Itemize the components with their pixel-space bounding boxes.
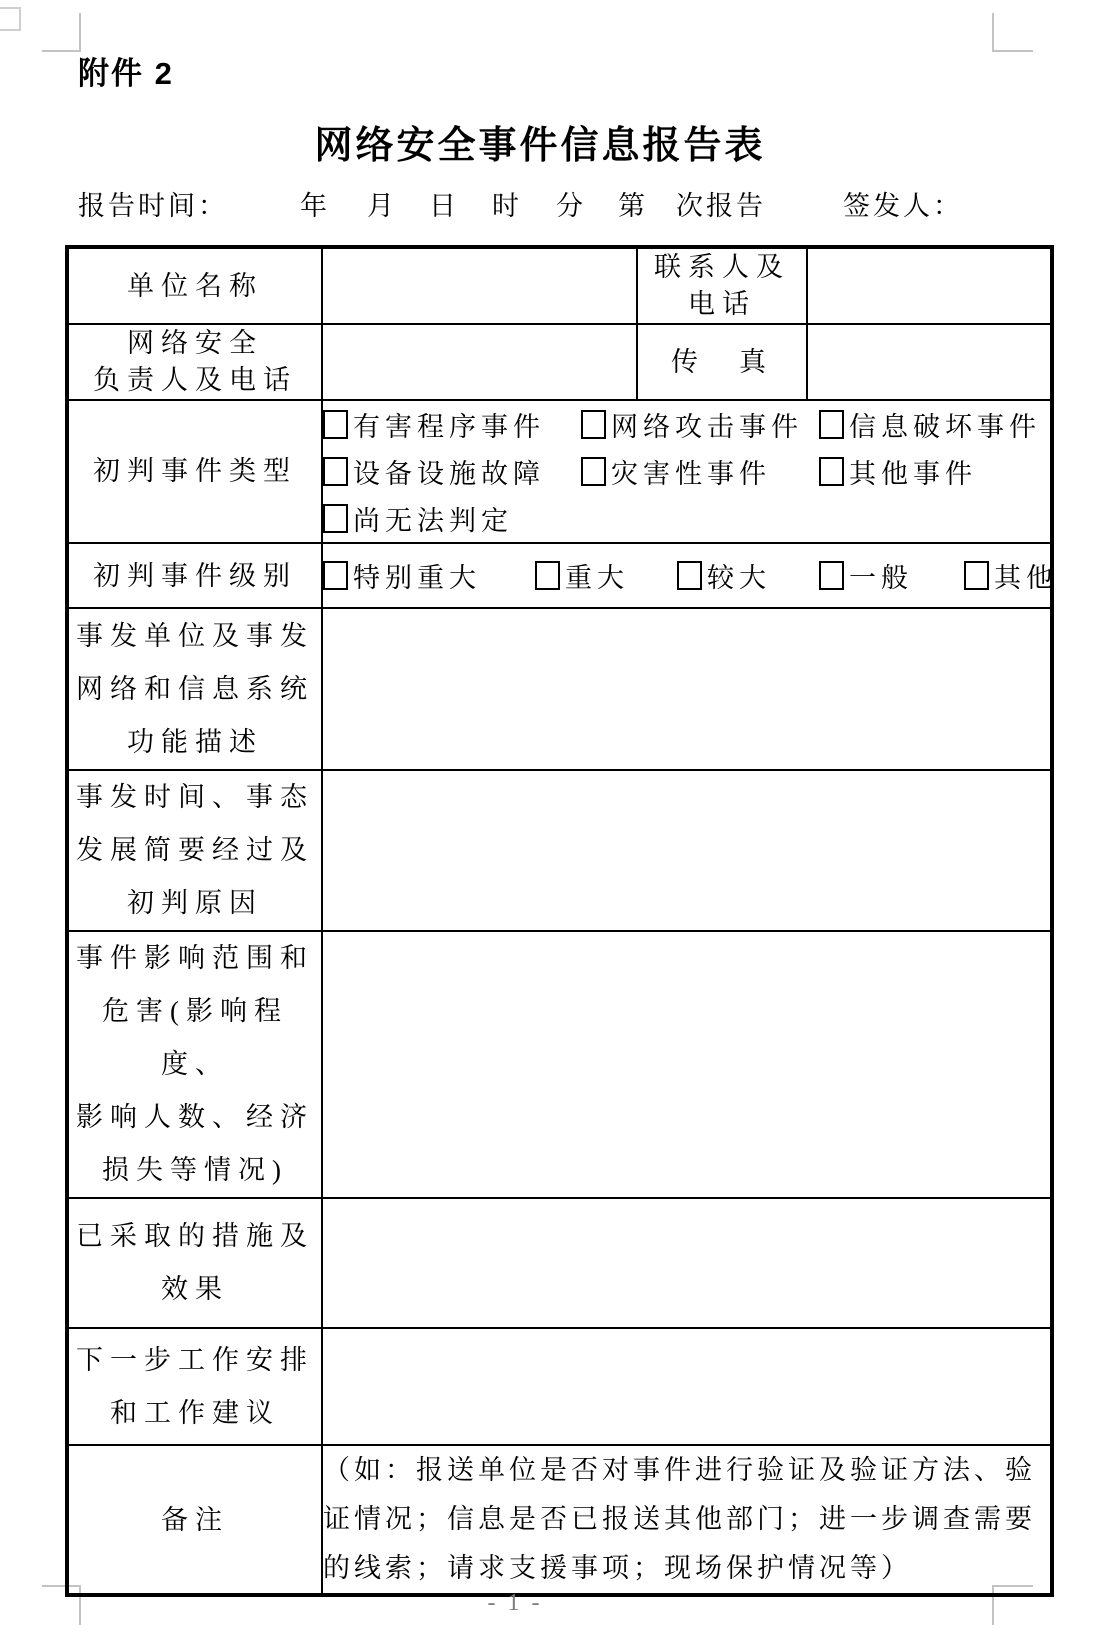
row-label-fax: 传 真 (637, 324, 807, 400)
checkbox-icon[interactable] (819, 457, 844, 486)
checkbox-icon[interactable] (323, 504, 348, 533)
cell-impact-scope-input[interactable] (322, 931, 1052, 1198)
report-time-label: 报告时间： (78, 184, 228, 223)
row-label-incident-description: 事发单位及事发 网络和信息系统 功能描述 (67, 608, 322, 770)
cell-contact-input[interactable] (807, 247, 1052, 324)
checkbox-icon[interactable] (323, 410, 348, 439)
report-time-line: 报告时间： 年 月 日 时 分 第 次报告 签发人： (0, 184, 1114, 218)
checkbox-icon[interactable] (581, 457, 606, 486)
checkbox-level-other[interactable]: 其他 (964, 556, 1058, 595)
cell-incident-description-input[interactable] (322, 608, 1052, 770)
event-level-options-line: 特别重大 重大 较大 一般 其他 (323, 552, 1050, 599)
cell-fax-input[interactable] (807, 324, 1052, 400)
minute-label: 分 (556, 184, 586, 223)
checkbox-level-major[interactable]: 重大 (535, 556, 677, 595)
signer-label: 签发人： (843, 184, 963, 223)
incident-report-form: 单位名称 联系人及 电话 网络安全 负责人及电话 传 真 初判事件类型 (65, 245, 1054, 1597)
cell-unit-name-input[interactable] (322, 247, 637, 324)
checkbox-network-attack-event[interactable]: 网络攻击事件 (581, 405, 819, 444)
document-page: 附件 2 网络安全事件信息报告表 报告时间： 年 月 日 时 分 第 次报告 签… (0, 0, 1114, 1638)
report-ordinal-prefix: 第 (618, 184, 648, 223)
report-ordinal-suffix: 次报告 (676, 184, 766, 223)
row-label-contact: 联系人及 电话 (637, 247, 807, 324)
year-label: 年 (300, 184, 330, 223)
cell-event-level-options: 特别重大 重大 较大 一般 其他 (322, 543, 1052, 608)
row-label-next-steps: 下一步工作安排 和工作建议 (67, 1328, 322, 1445)
row-label-measures-taken: 已采取的措施及 效果 (67, 1198, 322, 1328)
page-title: 网络安全事件信息报告表 (0, 114, 1080, 169)
checkbox-icon[interactable] (964, 561, 989, 590)
checkbox-level-ordinary[interactable]: 一般 (819, 556, 964, 595)
event-type-options-line-3: 尚无法判定 (323, 495, 1050, 542)
checkbox-equipment-failure[interactable]: 设备设施故障 (323, 452, 581, 491)
crop-mark-top-left (79, 13, 81, 52)
row-label-incident-timeline: 事发时间、事态 发展简要经过及 初判原因 (67, 770, 322, 931)
cell-remarks-note[interactable]: （如：报送单位是否对事件进行验证及验证方法、验 证情况；信息是否已报送其他部门；… (322, 1445, 1052, 1595)
event-type-options-line-2: 设备设施故障 灾害性事件 其他事件 (323, 448, 1050, 495)
row-label-impact-scope: 事件影响范围和 危害(影响程度、 影响人数、经济 损失等情况) (67, 931, 322, 1198)
attachment-label: 附件 2 (78, 48, 174, 93)
checkbox-icon[interactable] (535, 561, 560, 590)
checkbox-level-large[interactable]: 较大 (677, 556, 819, 595)
checkbox-harmful-program-event[interactable]: 有害程序事件 (323, 405, 581, 444)
month-label: 月 (367, 184, 397, 223)
row-label-remarks: 备注 (67, 1445, 322, 1595)
crop-mark-top-right (992, 50, 1033, 52)
checkbox-icon[interactable] (819, 561, 844, 590)
checkbox-information-destruction-event[interactable]: 信息破坏事件 (819, 405, 1041, 444)
checkbox-icon[interactable] (323, 457, 348, 486)
checkbox-other-event[interactable]: 其他事件 (819, 452, 977, 491)
cell-event-type-options: 有害程序事件 网络攻击事件 信息破坏事件 设备设施故障 灾害性事件 其他事件 尚… (322, 400, 1052, 543)
page-number: - 1 - (0, 1590, 1030, 1617)
row-label-unit-name: 单位名称 (67, 247, 322, 324)
row-label-security-officer: 网络安全 负责人及电话 (67, 324, 322, 400)
day-label: 日 (429, 184, 459, 223)
crop-mark-top-right (992, 13, 994, 52)
checkbox-icon[interactable] (677, 561, 702, 590)
checkbox-icon[interactable] (581, 410, 606, 439)
cell-incident-timeline-input[interactable] (322, 770, 1052, 931)
cell-next-steps-input[interactable] (322, 1328, 1052, 1445)
page-corner-artifact (0, 7, 21, 31)
row-label-event-type: 初判事件类型 (67, 400, 322, 543)
checkbox-undetermined[interactable]: 尚无法判定 (323, 499, 513, 538)
event-type-options-line-1: 有害程序事件 网络攻击事件 信息破坏事件 (323, 401, 1050, 448)
checkbox-level-extremely-major[interactable]: 特别重大 (323, 556, 535, 595)
crop-mark-top-left (42, 50, 81, 52)
checkbox-icon[interactable] (819, 410, 844, 439)
row-label-event-level: 初判事件级别 (67, 543, 322, 608)
checkbox-disaster-event[interactable]: 灾害性事件 (581, 452, 819, 491)
cell-security-officer-input[interactable] (322, 324, 637, 400)
hour-label: 时 (492, 184, 522, 223)
cell-measures-taken-input[interactable] (322, 1198, 1052, 1328)
checkbox-icon[interactable] (323, 561, 348, 590)
